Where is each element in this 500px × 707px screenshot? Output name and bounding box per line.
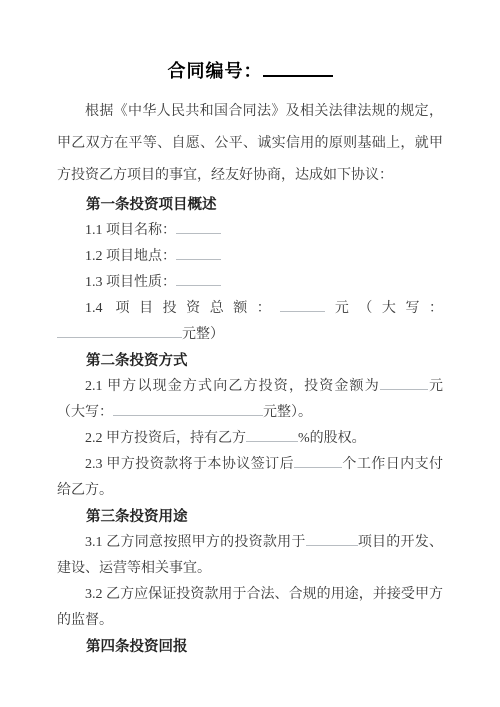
clause-text: 元（大写： <box>325 301 443 316</box>
contract-page: 合同编号： 根据《中华人民共和国合同法》及相关法律法规的规定，甲乙双方在平等、自… <box>0 0 500 707</box>
clause: 2.1 甲方以现金方式向乙方投资，投资金额为元（大写：元整）。 <box>57 374 443 426</box>
clause-text: 元整） <box>182 327 224 342</box>
clause: 1.4 项目投资总额：元（大写：元整） <box>57 296 443 348</box>
blank-line <box>113 402 263 416</box>
clause: 2.3 甲方投资款将于本协议签订后个工作日内支付给乙方。 <box>57 452 443 504</box>
clause-text: 3.2 乙方应保证投资款用于合法、合规的用途，并接受甲方的监督。 <box>57 587 443 628</box>
clause-text: 2.3 甲方投资款将于本协议签订后 <box>85 457 294 472</box>
section-heading: 第三条投资用途 <box>86 504 443 530</box>
clause: 3.1 乙方同意按照甲方的投资款用于项目的开发、建设、运营等相关事宜。 <box>57 530 443 582</box>
blank-line <box>176 272 221 286</box>
blank-line <box>176 220 221 234</box>
blank-line <box>280 298 325 312</box>
intro-paragraph: 根据《中华人民共和国合同法》及相关法律法规的规定，甲乙双方在平等、自愿、公平、诚… <box>57 96 443 192</box>
blank-line <box>380 376 428 390</box>
clause-text: %的股权。 <box>298 431 366 446</box>
blank-line <box>176 246 221 260</box>
blank-line <box>57 324 182 338</box>
clause-text: 1.2 项目地点： <box>85 249 176 264</box>
clause-text: 1.4 项目投资总额： <box>85 301 280 316</box>
clause-text: 元整）。 <box>263 405 312 420</box>
contract-number-blank <box>263 59 333 77</box>
contract-title: 合同编号： <box>57 58 443 84</box>
clause-text: 1.3 项目性质： <box>85 275 176 290</box>
clause-text: 3.1 乙方同意按照甲方的投资款用于 <box>85 535 306 550</box>
blank-line <box>306 532 358 546</box>
clause: 1.3 项目性质： <box>57 270 443 296</box>
clause-text: 2.1 甲方以现金方式向乙方投资，投资金额为 <box>85 379 380 394</box>
blank-line <box>246 428 298 442</box>
clause-text: 2.2 甲方投资后，持有乙方 <box>85 431 246 446</box>
clause: 1.1 项目名称： <box>57 218 443 244</box>
section-heading: 第二条投资方式 <box>86 348 443 374</box>
sections: 第一条投资项目概述1.1 项目名称：1.2 项目地点：1.3 项目性质：1.4 … <box>57 192 443 660</box>
clause-text: 1.1 项目名称： <box>85 223 176 238</box>
clause: 3.2 乙方应保证投资款用于合法、合规的用途，并接受甲方的监督。 <box>57 582 443 634</box>
contract-title-label: 合同编号： <box>168 61 263 81</box>
blank-line <box>294 454 342 468</box>
clause: 1.2 项目地点： <box>57 244 443 270</box>
section-heading: 第一条投资项目概述 <box>86 192 443 218</box>
section-heading: 第四条投资回报 <box>86 634 443 660</box>
clause: 2.2 甲方投资后，持有乙方%的股权。 <box>57 426 443 452</box>
